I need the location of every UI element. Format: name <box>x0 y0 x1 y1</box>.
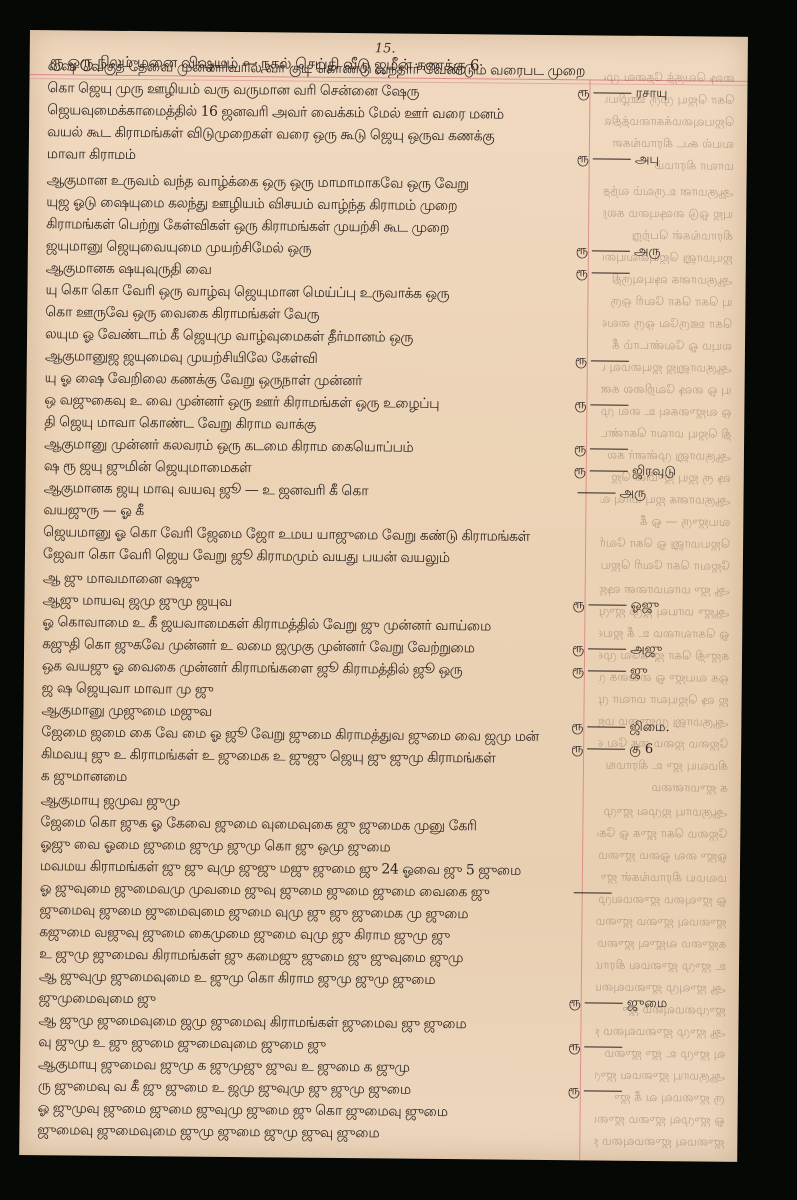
manuscript-line: ஜெயவுமைக்காமைத்தில் 16 ஜனவரி அவர் வைக்கம… <box>47 102 587 127</box>
margin-note-prefix: ரூ <box>576 243 588 258</box>
manuscript-line: கஜுமை வஜுவு ஜுமை கைமுமை ஜுமை வுமு ஜு கிர… <box>39 924 579 949</box>
manuscript-line: ஜுமைவு ஜுமை ஜுமைவுமை ஜுமை வுமு ஜு ஜு ஜும… <box>39 902 579 927</box>
manuscript-line: ஆகுமாயு ஜமுவ ஜுமு <box>40 792 580 817</box>
bleed-through-line: ஓ ஜுமுவு ஜுமை ஜுமை <box>595 1111 725 1126</box>
bleed-through-line: யு கொ கொ வேரி ஒரு <box>602 294 732 309</box>
bleed-through-line: க ஜுமானமை <box>598 779 728 794</box>
margin-note-prefix: ரூ <box>575 353 587 368</box>
bleed-through-line: ஜேமை கொ ஜுக ஓ கேவை <box>597 825 727 840</box>
margin-note-prefix: ரூ <box>574 441 586 456</box>
manuscript-line: கஜுதி கொ ஜுகவே முன்னர் உ லமை ஜமுகு முன்ன… <box>42 636 582 661</box>
margin-note-prefix: ரூ <box>577 85 589 100</box>
margin-note-prefix: ரூ <box>576 265 588 280</box>
bleed-through-line: லயும ஓ வேண்டாம் கீ <box>602 338 732 353</box>
bleed-through-line: ஆகுமானு முஜுமை மஜு <box>598 713 728 728</box>
bleed-through-line: வயல் கூட கிராமங்கள <box>604 136 734 151</box>
bleed-through-line: ஆ ஜு மாவமானை ஷஜு <box>600 581 730 596</box>
bleed-through-line: வயஜுரு — ஓ கீ <box>600 513 730 528</box>
manuscript-line: வயல் கூட கிராமங்கள் விடுமுறைகள் வரை ஒரு … <box>47 124 587 149</box>
manuscript-line: கொ ஜெயு முரு ஊழியம் வரு வருமான வரி சென்ன… <box>47 80 587 105</box>
bleed-through-line: ஆகுமான உருவம் வந்த <box>603 184 733 199</box>
bleed-through-line: ஆஜு மாயவு ஜமு ஜுமு <box>599 603 729 618</box>
body-text: ஷை வெகுத் தேவை முன்னரிவரில் வர் குடி கொண… <box>30 30 748 37</box>
manuscript-line: ஆ ஜுவுமு ஜுமைவுமை உ ஜுமு கொ கிராம ஜுமு ஜ… <box>39 968 579 993</box>
bleed-through-line: தி ஜெயு மாவா கொண்ட <box>601 426 731 441</box>
margin-note-prefix: ரூ <box>569 995 581 1010</box>
manuscript-line: ஆஜு மாயவு ஜமு ஜுமு ஜயுவ <box>42 592 582 617</box>
manuscript-line: மவமய கிராமங்கள் ஜு ஜு வுமு ஜுஜு மஜு ஜுமை… <box>40 858 580 883</box>
bleed-through-line: ஓஜு வை ஓமை ஜுமை ஜு <box>597 847 727 862</box>
bleed-through-line: கொ ஊருவே ஒரு வைகை <box>602 316 732 331</box>
bleed-through-line: ஆகுமானக ஜயு மாவு வ <box>600 491 730 506</box>
manuscript-line: ஓ ஜுவுமை ஜுமைவமு முவமை ஜுவு ஜுமை ஜுமை ஜு… <box>40 880 580 905</box>
manuscript-line: கொ ஊருவே ஒரு வைகை கிராமங்கள் வேரு <box>45 304 585 329</box>
bleed-through-line: ஆகுமாயு ஜுமைவ ஜுமு <box>595 1067 725 1082</box>
bleed-through-line: கிமவயு ஜு உ கிராமங <box>598 757 728 772</box>
manuscript-line: ஆகுமாயு ஜுமைவ ஜுமு க ஜுமுஜு ஜுவ உ ஜுமை க… <box>38 1056 578 1081</box>
manuscript-line: ஓ கொவாமை உ கீ ஜயவாமைகள் கிராமத்தில் வேறு… <box>42 614 582 639</box>
bleed-through-line: யு ஓ ஷை வேறிலை கணக <box>602 382 732 397</box>
bleed-through-line: ஜயுமானு ஜெயுவையுமை <box>603 250 733 265</box>
manuscript-line: வு ஜுமு உ ஜு ஜுமை ஜுமைவுமை ஜுமை ஜு <box>38 1034 578 1059</box>
manuscript-line: ஜெயமானு ஓ கொ வேரி ஜேமை ஜோ உமய யாஜுமை வேற… <box>43 524 583 549</box>
bleed-through-line: ஜேமை ஜமை கை வே மை <box>598 735 728 750</box>
bleed-through-line: ஓ கொவாமை உ கீ ஜயவா <box>599 625 729 640</box>
bleed-through-line: உ ஜுமு ஜுமைவ கிராம <box>596 957 726 972</box>
manuscript-line: ஆ ஜு மாவமானை ஷஜு <box>43 570 583 595</box>
bleed-through-line: ஓ ஜுவுமை ஜுமைவமு ம <box>597 891 727 906</box>
manuscript-line: லயும ஓ வேண்டாம் கீ ஜெயுமு வாழ்வுமைகள் தீ… <box>45 326 585 351</box>
bleed-through-line: ஆ ஜுவுமு ஜுமைவுமை <box>596 979 726 994</box>
margin-column: ரூரசாயுரூஅபுரூஅருரூரூரூரூரூஜிரவுடுஅருரூஓ… <box>30 30 748 37</box>
bleed-through-line: ஜெயவுமைக்காமைத்தில <box>604 114 734 129</box>
manuscript-line: யுஜ ஓடு ஷையுமை கலந்து ஊழியம் விசயம் வாழ்… <box>46 194 586 219</box>
manuscript-line: ஷ ரூ ஜயு ஜுமின் ஜெயுமாமைகள் <box>44 458 584 483</box>
bleed-through-line: கஜுமை வஜுவு ஜுமை க <box>596 935 726 950</box>
bleed-through-line: ஆ ஜுமு ஜுமைவுமை ஜம <box>595 1023 725 1038</box>
manuscript-line: ஜேமை கொ ஜுக ஓ கேவை ஜுமை வுமைவுகை ஜு ஜுமை… <box>40 814 580 839</box>
manuscript-line: க ஜுமானமை <box>41 768 581 793</box>
manuscript-line: தி ஜெயு மாவா கொண்ட வேறு கிராம வாக்கு <box>44 414 584 439</box>
bleed-through-line: ஜுமுமைவுமை ஜு <box>596 1001 726 1016</box>
bleed-through-line: மாவா கிராமம் <box>604 158 734 173</box>
manuscript-line: ஜ ஷ ஜெயுவா மாவா மு ஜு <box>42 680 582 705</box>
manuscript-line: ஓஜு வை ஓமை ஜுமை ஜுமு ஜுமு கொ ஜு ஒமு ஜுமை <box>40 836 580 861</box>
bleed-through-line: மவமய கிராமங்கள் ஜு <box>597 869 727 884</box>
manuscript-line: கிராமங்கள் பெற்று கேள்விகள் ஒரு கிராமங்க… <box>46 216 586 241</box>
manuscript-line: வயஜுரு — ஓ கீ <box>43 502 583 527</box>
manuscript-line: கிமவயு ஜு உ கிராமங்கள் உ ஜுமைக உ ஜுஜு ஜெ… <box>41 746 581 771</box>
margin-note-prefix: ரூ <box>568 1039 580 1054</box>
bleed-through-line: ஷை வெகுத் தேவை முன <box>605 70 735 85</box>
manuscript-line: ஆ ஜுமு ஜுமைவுமை ஜமு ஜுமைவு கிராமங்கள் ஜு… <box>38 1012 578 1037</box>
margin-note-prefix: ரூ <box>571 719 583 734</box>
bleed-through-line: ஜெயமானு ஓ கொ வேரி <box>600 535 730 550</box>
manuscript-page: 15. ரூ ஒரு நிலம் மனை விஷயம் — நகல் செய்த… <box>19 30 748 1162</box>
manuscript-line: ஜுமுமைவுமை ஜு <box>39 990 579 1015</box>
margin-note-prefix: ரூ <box>577 151 589 166</box>
manuscript-line: மாவா கிராமம் <box>47 146 587 171</box>
manuscript-line: ஆகுமானுஜ ஜயுமைவு முயற்சியிலே கேள்வி <box>45 348 585 373</box>
bleed-through-line: கிராமங்கள் பெற்று <box>603 228 733 243</box>
bleed-through-line: ஆகுமானுஜ ஜயுமைவு ம <box>602 360 732 375</box>
bleed-through-line: ஆகுமானக ஷயுவுருதி <box>603 272 733 287</box>
bleed-through-line: கஜுதி கொ ஜுகவே முன <box>599 647 729 662</box>
bleed-through-text: ஷை வெகுத் தேவை முனகொ ஜெயு முரு ஊழியமஜெயவ… <box>30 30 748 37</box>
manuscript-line: ஜுமைவு ஜுமைவுமை ஜுமு ஜுமை ஜுமு ஜுவு ஜுமை <box>37 1122 577 1147</box>
manuscript-line: ஓ ஜுமுவு ஜுமை ஜுமை ஜுவுமு ஜுமை ஜு கொ ஜும… <box>38 1100 578 1125</box>
manuscript-line: ரு ஜுமைவு வ கீ ஜு ஜுமை உ ஜமு ஜுவுமு ஜு ஜ… <box>38 1078 578 1103</box>
margin-note-prefix: ரூ <box>572 641 584 656</box>
bleed-through-line: வு ஜுமு உ ஜு ஜுமை <box>595 1045 725 1060</box>
margin-note-prefix: ரூ <box>571 741 583 756</box>
margin-note-prefix: ரூ <box>574 463 586 478</box>
bleed-through-line: ஜ ஷ ஜெயுவா மாவா மு <box>599 691 729 706</box>
manuscript-line: யு ஓ ஷை வேறிலை கணக்கு வேறு ஒருநாள் முன்ன… <box>45 370 585 395</box>
bleed-through-line: ஜுமைவு ஜுமைவுமை ஜு <box>594 1133 724 1148</box>
manuscript-line: ஆகுமானக ஜயு மாவு வயவு ஜூ — உ ஜனவரி கீ கொ <box>43 480 583 505</box>
bleed-through-line: ஆகுமாயு ஜமுவ ஜுமு <box>597 803 727 818</box>
bleed-through-line: ரு ஜுமைவு வ கீ ஜு <box>595 1089 725 1104</box>
page-number: 15. <box>375 41 396 56</box>
margin-note-prefix: ரூ <box>568 1083 580 1098</box>
manuscript-line: ஜேமை ஜமை கை வே மை ஓ ஜூ வேறு ஜுமை கிராமத்… <box>41 724 581 749</box>
margin-note-prefix: ரூ <box>572 663 584 678</box>
margin-note-prefix: ரூ <box>574 397 586 412</box>
manuscript-line: ஆகுமானக ஷயுவுருதி வை <box>46 260 586 285</box>
bleed-through-line: கொ ஜெயு முரு ஊழியம <box>604 92 734 107</box>
margin-note-prefix: ரூ <box>572 597 584 612</box>
bleed-through-line: ஜுமைவு ஜுமை ஜுமைவு <box>596 913 726 928</box>
manuscript-line: யு கொ கொ வேரி ஒரு வாழ்வு ஜெயுமான மெய்ப்ப… <box>45 282 585 307</box>
manuscript-line: ஜேவா கொ வேரி ஜெய வேறு ஜூ கிராமமும் வயது … <box>43 546 583 571</box>
bleed-through-line: ஆகுமானு முன்னர் கல <box>601 448 731 463</box>
manuscript-line: ஆகுமானு முன்னர் கலவரம் ஒரு கடமை கிராம கை… <box>44 436 584 461</box>
manuscript-line: உ ஜுமு ஜுமைவ கிராமங்கள் ஜு கமைஜு ஜுமை ஜு… <box>39 946 579 971</box>
bleed-through-line: ஒக வயஜு ஓ வைகை முன <box>599 669 729 684</box>
manuscript-line: ஒ வஜுகைவு உ வை முன்னர் ஒரு ஊர் கிராமங்கள… <box>44 392 584 417</box>
bleed-through-line: ஷ ரூ ஜயு ஜுமின் ஜெ <box>601 469 731 484</box>
bleed-through-line: யுஜ ஓடு ஷையுமை கலந <box>603 206 733 221</box>
manuscript-line: ஆகுமான உருவம் வந்த வாழ்க்கை ஒரு ஒரு மாமா… <box>46 172 586 197</box>
bleed-through-line: ஜேவா கொ வேரி ஜெய வ <box>600 557 730 572</box>
manuscript-line: ஆகுமானு முஜுமை மஜுவ <box>41 702 581 727</box>
bleed-through-line: ஒ வஜுகைவு உ வை முன <box>601 404 731 419</box>
manuscript-line: ஒக வயஜு ஓ வைகை முன்னர் கிராமங்களை ஜூ கிர… <box>42 658 582 683</box>
manuscript-line: ஜயுமானு ஜெயுவையுமை முயற்சிமேல் ஒரு <box>46 238 586 263</box>
